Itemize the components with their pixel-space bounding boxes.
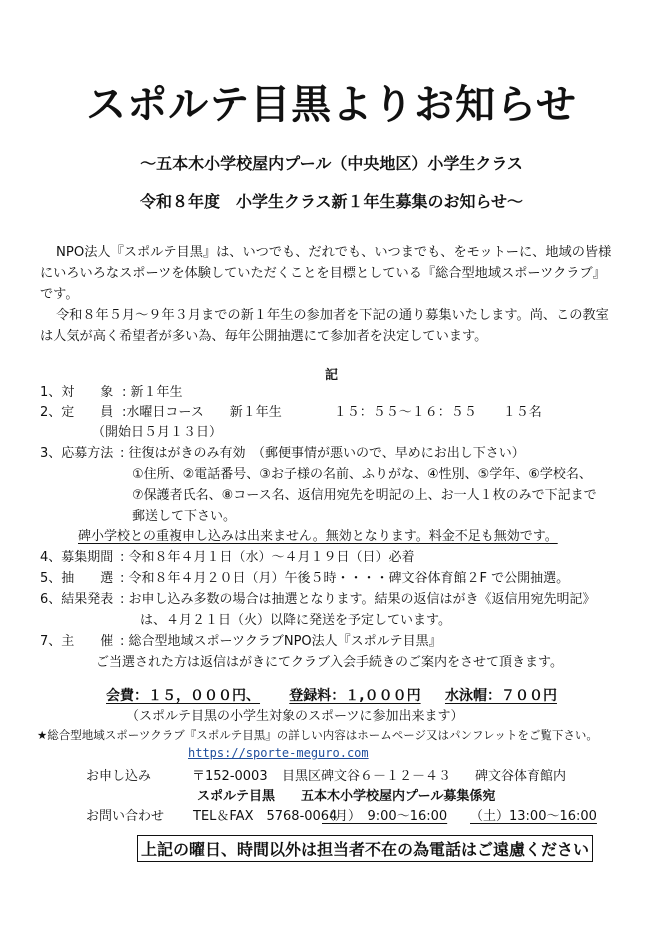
- item-value: : 令和８年４月１日（水）～４月１９日（日）必着: [120, 548, 415, 568]
- hours-monday: （月） 9:00～16:00: [322, 807, 447, 827]
- intro-line: は人気が高く希望者が多い為、毎年公開抽選にて参加者を決定しています。: [40, 327, 487, 347]
- item-value: : 新１年生: [122, 383, 183, 403]
- notice-box: 上記の曜日、時間以外は担当者不在の為電話はご遠慮ください: [137, 835, 593, 862]
- item-value: : お申し込み多数の場合は抽選となります。結果の返信はがき《返信用宛先明記》: [120, 590, 595, 610]
- subtitle-school: ～五本木小学校屋内プール（中央地区）小学生クラス: [0, 151, 663, 174]
- page-title: スポルテ目黒よりお知らせ: [0, 73, 663, 130]
- item-label: 1、対 象: [40, 383, 113, 403]
- recipient: スポルテ目黒 五本木小学校屋内プール募集係宛: [197, 787, 495, 807]
- ki-heading: 記: [0, 364, 663, 383]
- apply-label: お申し込み: [86, 767, 151, 787]
- item-label: 2、定 員: [40, 403, 113, 423]
- item-value: :水曜日コース 新１年生 １５：５５～１６：５５ １５名: [122, 403, 542, 423]
- postal-code: 〒152-0003: [192, 767, 268, 787]
- info-note: ★総合型地域スポーツクラブ『スポルテ目黒』の詳しい内容はホームページ又はパンフレ…: [37, 727, 598, 743]
- subtitle-recruitment: 令和８年度 小学生クラス新１年生募集のお知らせ～: [0, 189, 663, 212]
- intro-line: にいろいろなスポーツを体験していただくことを目標としている『総合型地域スポーツク…: [40, 264, 606, 284]
- item-line: ⑦保護者氏名、⑧コース名、返信用宛先を明記の上、お一人１枚のみで下記まで: [132, 486, 597, 506]
- item-line: ①住所、②電話番号、③お子様の名前、ふりがな、④性別、⑤学年、⑥学校名、: [132, 465, 592, 485]
- venue: 碑文谷体育館内: [475, 767, 566, 787]
- fees-line: 会費：１５，０００円、 登録料：１,０００円 水泳帽：７００円: [0, 685, 663, 705]
- address: 目黒区碑文谷６－１２－４３: [282, 767, 451, 787]
- item-value: : 往復はがきのみ有効 （郵便事情が悪いので、早めにお出し下さい）: [120, 444, 525, 464]
- fees-note: （スポルテ目黒の小学生対象のスポーツに参加出来ます）: [126, 707, 463, 727]
- item-note: ご当選された方は返信はがきにてクラブ入会手続きのご案内をさせて頂きます。: [96, 653, 563, 673]
- duplicate-warning: 碑小学校との重複申し込みは出来ません。無効となります。料金不足も無効です。: [78, 527, 558, 547]
- swim-cap-fee: 水泳帽：７００円: [445, 688, 557, 704]
- item-label: 3、応募方法: [40, 444, 113, 464]
- membership-fee: 会費：１５，０００円、: [106, 688, 260, 704]
- tel-fax: TEL＆FAX 5768-0064: [193, 807, 337, 827]
- item-value: : 総合型地域スポーツクラブNPO法人『スポルテ目黒』: [120, 632, 442, 652]
- item-label: 6、結果発表: [40, 590, 113, 610]
- item-label: 5、抽 選: [40, 569, 113, 589]
- item-line: 郵送して下さい。: [132, 507, 236, 527]
- item-label: 4、募集期間: [40, 548, 113, 568]
- item-note: （開始日５月１３日）: [92, 423, 222, 443]
- intro-line: 令和８年５月～９年３月までの新１年生の参加者を下記の通り募集いたします。尚、この…: [56, 306, 609, 326]
- item-value: : 令和８年４月２０日（月）午後５時・・・・碑文谷体育館２F で公開抽選。: [120, 569, 569, 589]
- item-label: 7、主 催: [40, 632, 113, 652]
- registration-fee: 登録料：１,０００円: [289, 688, 420, 704]
- intro-line: です。: [40, 285, 79, 305]
- homepage-link[interactable]: https://sporte-meguro.com: [188, 746, 369, 760]
- intro-line: NPO法人『スポルテ目黒』は、いつでも、だれでも、いつまでも、をモットーに、地域…: [56, 243, 611, 263]
- hours-saturday: （土）13:00～16:00: [470, 807, 597, 827]
- inquiry-label: お問い合わせ: [86, 807, 164, 827]
- item-line: は、４月２１日（火）以降に発送を予定しています。: [140, 611, 451, 631]
